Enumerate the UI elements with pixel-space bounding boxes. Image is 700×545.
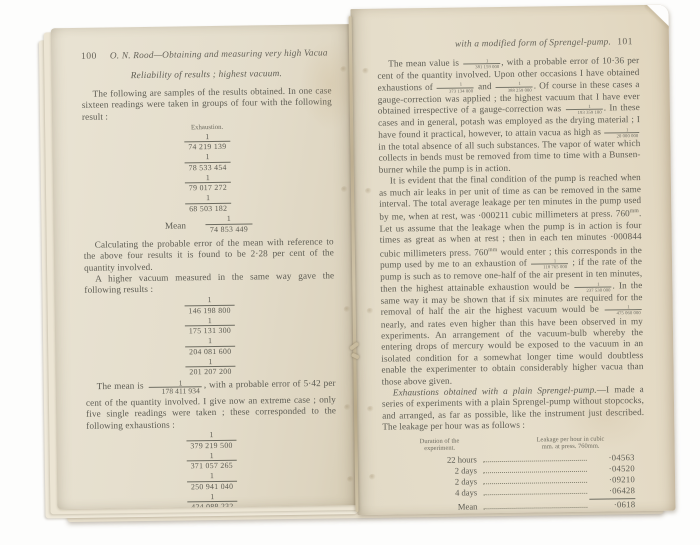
fraction: 1178 411 934 [148,379,202,397]
stitch-hole [344,306,351,312]
fraction: 1388 259 000 [496,82,533,93]
table-mean-value: ·0618 [589,498,635,511]
fraction-denominator: 371 057 265 [187,460,237,471]
fraction: 1424 088 232 [187,493,238,510]
table-leakage-cell: ·04563 [589,452,635,464]
fraction: 1201 207 200 [185,357,236,377]
fraction: 168 503 182 [185,194,231,214]
stitch-hole [341,186,348,192]
paragraph: Calculating the probable error of the me… [84,236,334,274]
table-mean-row: Mean ·0618 [393,498,635,513]
fraction-denominator: 146 198 800 [184,304,234,315]
left-page: 100 O. N. Rood—Obtaining and measuring v… [51,24,358,509]
stitch-hole [344,404,351,410]
stitch-hole [369,474,376,480]
fraction: 120 000 000 [604,128,639,139]
leader-dots [483,464,587,473]
paragraph: The following are samples of the results… [82,85,332,123]
paragraph: Exhaustions obtained with a plain Spreng… [382,384,645,433]
table-col1-header: Duration of the experiment. [392,437,486,453]
stitch-hole [367,406,374,412]
paragraph: A higher vacuum measured in the same way… [84,270,334,296]
fraction: 1371 057 265 [186,452,237,472]
fraction-denominator: 381 159 000 [463,63,500,70]
fraction-denominator: 388 259 000 [496,86,533,93]
leader-dots [483,453,587,462]
fraction: 1381 159 000 [463,59,500,70]
section-heading: Reliability of results ; highest vacuum. [81,68,331,81]
fraction-denominator: 201 207 200 [185,366,235,377]
fraction-group-3: 1379 219 5001371 057 2651250 941 0401424… [86,430,337,509]
fraction-denominator: 250 941 040 [187,481,237,492]
paragraph: The mean value is 1381 159 000, with a p… [377,55,641,176]
stitch-hole [365,188,372,194]
fraction-denominator: 373 134 000 [437,87,474,94]
left-page-number: 100 [81,52,97,62]
fraction: 1118 765 000 [531,259,568,270]
fraction-denominator: 178 411 934 [149,386,202,396]
leader-dots [483,475,587,484]
superscript-unit: mm [488,247,497,253]
table-leakage-cell: ·04520 [589,463,635,475]
fraction: 1237 530 000 [574,282,611,293]
table-leakage-cell: ·06428 [589,485,635,497]
fraction: 1204 081 600 [185,337,236,357]
paragraph: It is evident that the final condition o… [379,172,644,387]
stitch-hole [340,66,347,72]
left-running-header: 100 O. N. Rood—Obtaining and measuring v… [81,48,331,61]
fraction-denominator: 74 853 449 [206,223,252,234]
right-running-title: with a modified form of Sprengel-pump. [455,37,611,49]
page-corner-fold [644,5,670,29]
table-leakage-cell: ·09210 [589,474,635,486]
fraction: 1175 131 300 [185,316,236,336]
leader-dots [483,500,587,509]
fraction: 1475 060 000 [605,305,642,316]
fraction: 1146 198 800 [184,296,235,316]
stitch-hole [362,68,369,74]
mean-row: Mean 1 74 853 449 [83,214,333,236]
fraction-denominator: 175 131 300 [185,325,235,336]
fraction: 1 74 853 449 [206,215,252,235]
paragraph: The mean is 1178 411 934, with a probabl… [86,377,337,432]
leakage-table-header: Duration of the experiment. Leakage per … [392,435,634,454]
open-book: 100 O. N. Rood—Obtaining and measuring v… [36,2,679,523]
leakage-table-rows: 22 hours·045632 days·045202 days·092104 … [393,452,636,499]
superscript-unit: mm [630,209,639,215]
italic-lead: Exhaustions obtained with a plain Spreng… [393,385,597,398]
fraction: 1379 219 500 [186,431,237,451]
stitch-hole [367,308,374,314]
fraction-denominator: 475 060 000 [605,309,642,316]
table-col2-header: Leakage per hour in cubic mm. at press. … [506,435,634,452]
fraction: 1193 359 100 [566,105,603,116]
fraction-group-2: 1146 198 8001175 131 3001204 081 6001201… [84,295,335,379]
fraction-denominator: 193 359 100 [566,109,603,116]
fraction-denominator: 20 000 000 [605,132,640,139]
fraction-denominator: 68 503 182 [185,202,231,213]
mean-label: Mean [165,220,186,230]
fraction-denominator: 379 219 500 [186,440,236,451]
table-mean-label: Mean [393,501,481,513]
stitch-hole [347,476,354,482]
table-row: 4 days·06428 [393,485,635,499]
fraction: 1373 134 000 [437,83,474,94]
right-page: with a modified form of Sprengel-pump. 1… [350,5,675,515]
fraction-denominator: 237 530 000 [574,286,611,293]
leakage-table: Duration of the experiment. Leakage per … [392,435,635,514]
fraction-denominator: 118 765 000 [531,263,568,270]
left-running-title: O. N. Rood—Obtaining and measuring very … [110,48,328,61]
fraction-denominator: 78 533 454 [185,161,231,172]
table-duration-cell: 4 days [393,487,481,499]
fraction-denominator: 79 017 272 [185,182,231,193]
leader-dots [483,486,587,495]
fraction: 174 219 139 [184,132,230,152]
fraction: 179 017 272 [185,173,231,193]
fraction: 178 533 454 [184,153,230,173]
fraction-denominator: 74 219 139 [184,141,230,152]
right-page-number: 101 [617,37,633,47]
fraction-denominator: 204 081 600 [185,345,235,356]
right-running-header: with a modified form of Sprengel-pump. 1… [377,37,639,51]
fraction-group-1: 174 219 139178 533 454179 017 272168 503… [82,131,333,215]
fraction: 1250 941 040 [187,472,238,492]
